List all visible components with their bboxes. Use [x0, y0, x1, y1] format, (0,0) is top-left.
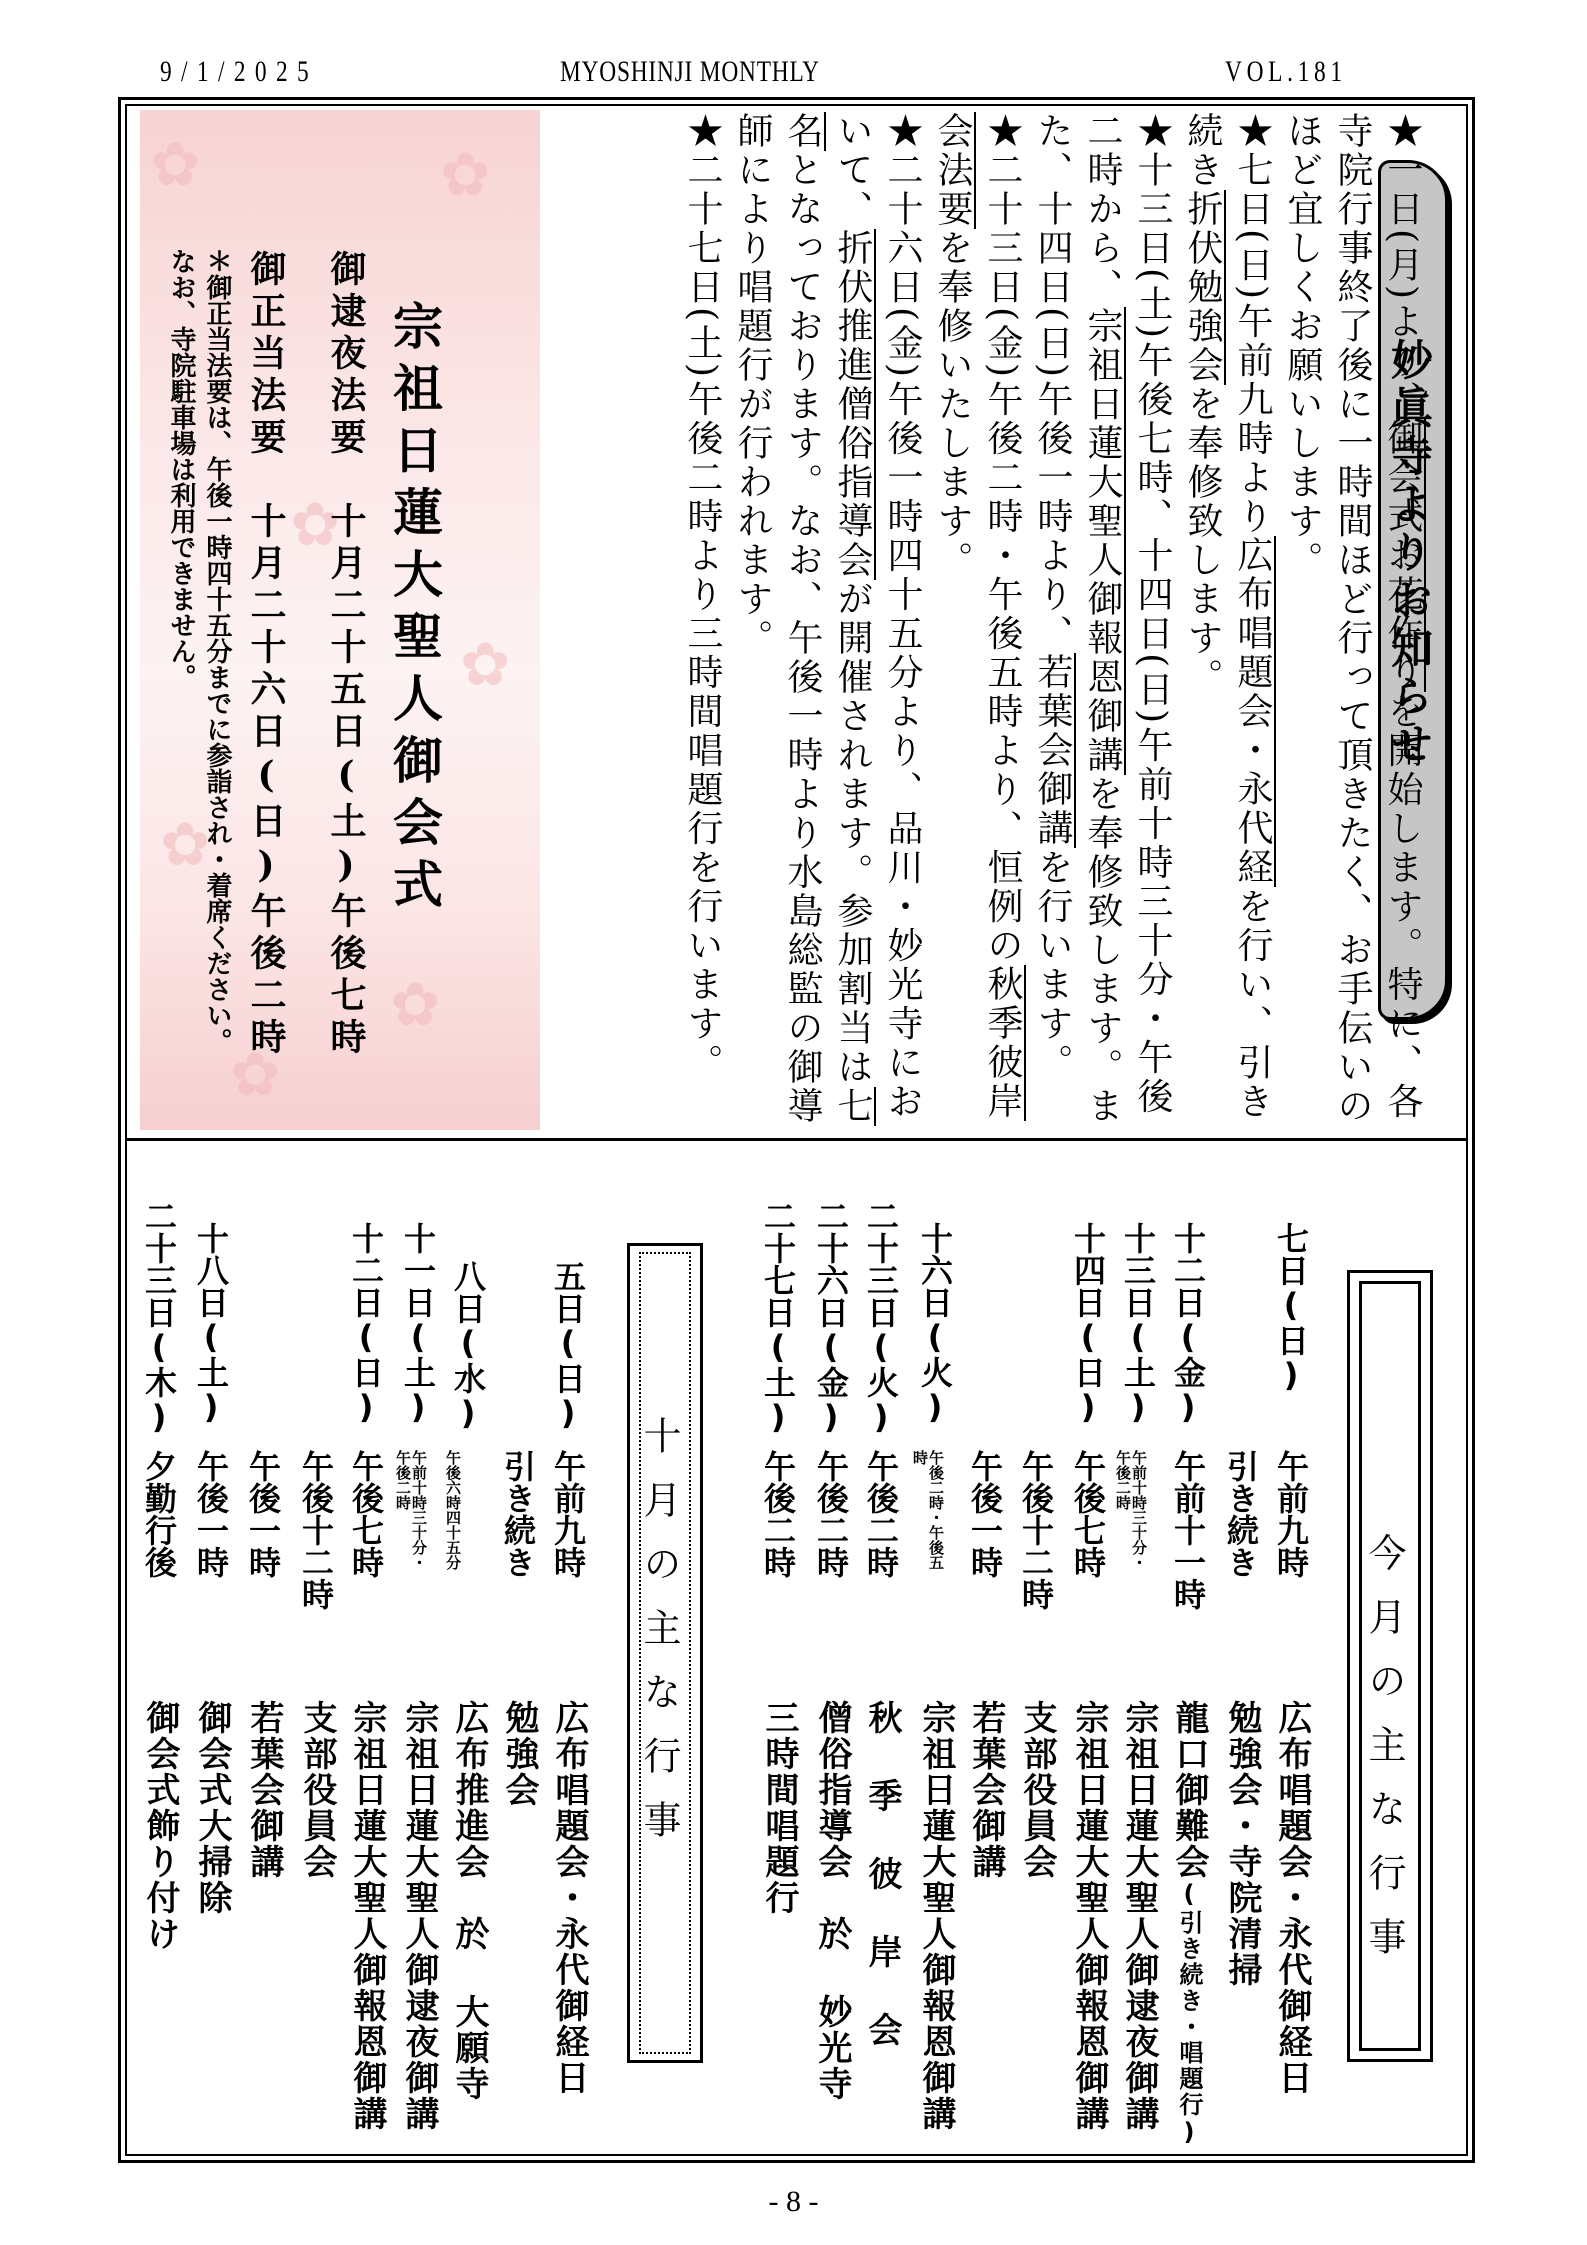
event-row: 午後一時 若葉会御講 [240, 1180, 300, 2110]
this-month-heading: 今月の主な行事 [1368, 1533, 1412, 1981]
event-row: 午後十二時 支部役員会 [293, 1180, 353, 2110]
sakura-icon: ✿ [440, 140, 490, 210]
event-row: 午後十二時 支部役員会 [1013, 1180, 1073, 2110]
event-row: 十六日(火) 午後二時・午後五時 宗祖日蓮大聖人御報恩御講 [912, 1180, 972, 2110]
event-row: 十一日(土) 午前十時三十分・午後二時 宗祖日蓮大聖人御逮夜御講 [395, 1180, 455, 2110]
issue-date: 9/1/2025 [160, 55, 318, 89]
october-heading: 十月の主な行事 [643, 1416, 687, 1864]
announcement-item: ★二十六日(金)午後一時四十五分より、品川・妙光寺において、折伏推進僧俗指導会が… [727, 112, 927, 1132]
announcement-item: ★二十三日(金)午後二時・午後五時より、恒例の秋季彼岸会法要を奉修いたします。 [927, 112, 1027, 1132]
announcements: ★一日(月)より、御会式お花作りを開始します。特に、各寺院行事終了後に一時間ほど… [627, 112, 1427, 1132]
event-row: 十四日(日) 午後七時 宗祖日蓮大聖人御報恩御講 [1065, 1180, 1125, 2110]
sakura-icon: ✿ [460, 630, 510, 700]
announcement-item: ★七日(日)午前九時より広布唱題会・永代経を行い、引き続き折伏勉強会を奉修致しま… [1177, 112, 1277, 1132]
oeshiki-note: ＊御正当法要は、午後一時四十五分までに参詣され・着席ください。なお、寺院駐車場は… [163, 248, 235, 1078]
sakura-icon: ✿ [390, 970, 440, 1040]
volume-number: VOL.181 [1225, 55, 1347, 89]
event-row: 十八日(土) 午後一時 御会式大掃除 [188, 1180, 248, 2110]
announcement-item: ★二十七日(土)午後二時より三時間唱題行を行います。 [677, 112, 727, 1132]
oeshiki-panel: ✿ ✿ ✿ ✿ ✿ ✿ ✿ 宗祖日蓮大聖人御会式 御逮夜法要 十月二十五日(土)… [140, 110, 540, 1130]
event-row: 二十七日(土) 午後二時 三時間唱題行 [755, 1180, 815, 2110]
october-heading-box: 十月の主な行事 [627, 1243, 703, 2063]
announcement-item: ★一日(月)より、御会式お花作りを開始します。特に、各寺院行事終了後に一時間ほど… [1277, 112, 1427, 1132]
newsletter-title: MYOSHINJI MONTHLY [560, 55, 820, 89]
event-row: 引き続き 勉強会・寺院清掃 [1218, 1180, 1278, 2110]
event-row: 二十六日(金) 午後二時 僧俗指導会 於 妙光寺 [808, 1180, 868, 2110]
this-month-heading-box: 今月の主な行事 [1347, 1270, 1433, 2062]
event-row: 二十三日(木) 夕勤行後 御会式飾り付け [136, 1180, 196, 2110]
oeshiki-title: 宗祖日蓮大聖人御会式 [378, 300, 450, 920]
announcement-item: ★十三日(土)午後七時、十四日(日)午前十時三十分・午後二時から、宗祖日蓮大聖人… [1027, 112, 1177, 1132]
otaiya-line: 御逮夜法要 十月二十五日(土)午後七時 [321, 250, 372, 1060]
sakura-icon: ✿ [150, 130, 200, 200]
page-number: - 8 - [0, 2185, 1587, 2219]
oshoto-line: 御正当法要 十月二十六日(日)午後二時 [241, 250, 292, 1060]
section-divider [125, 1138, 1468, 1141]
